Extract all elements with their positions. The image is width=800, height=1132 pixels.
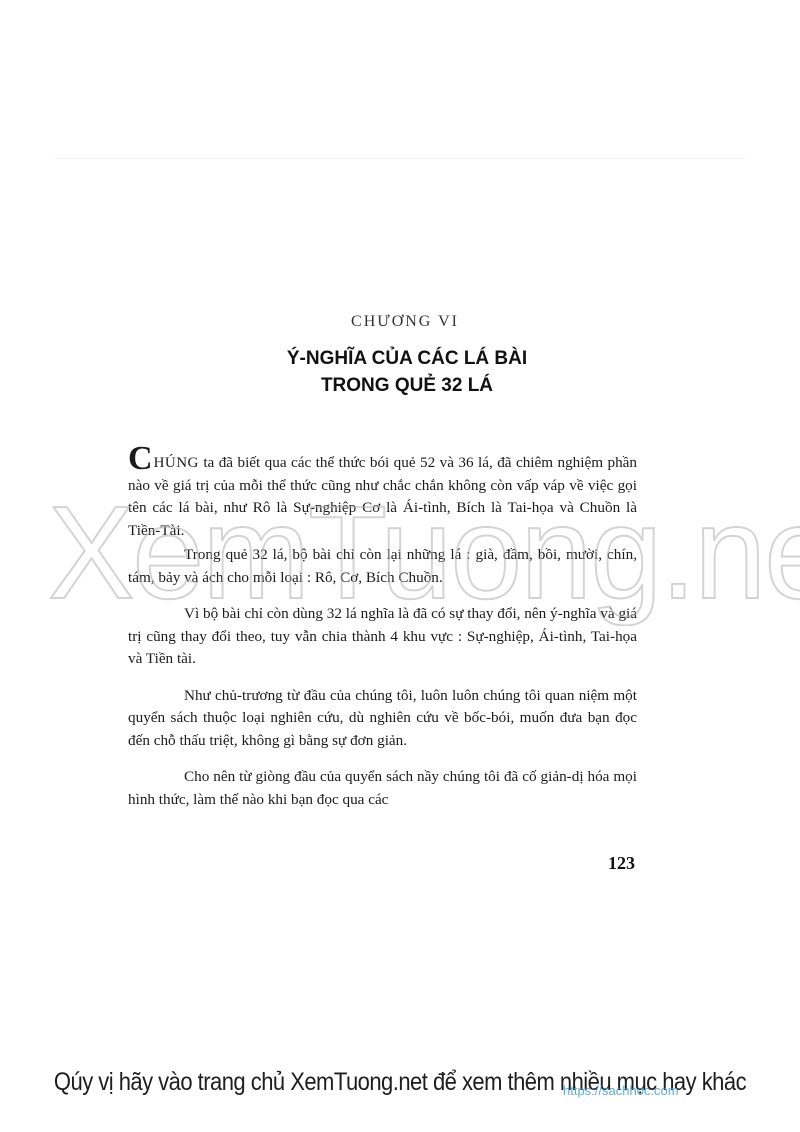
paragraph-4: Như chủ-trương từ đầu của chúng tôi, luô… [128,685,637,753]
chapter-title-line-2: TRONG QUẺ 32 LÁ [14,372,800,399]
chapter-title: Ý-NGHĨA CỦA CÁC LÁ BÀI TRONG QUẺ 32 LÁ [0,345,800,399]
paragraph-3: Vì bộ bài chỉ còn dùng 32 lá nghĩa là đã… [128,603,637,671]
paragraph-2: Trong quẻ 32 lá, bộ bài chỉ còn lại nhữn… [128,544,637,589]
lead-word: HÚNG [154,455,199,471]
drop-cap: C [128,440,153,477]
chapter-label: CHƯƠNG VI [0,313,800,331]
paragraph-5: Cho nên từ giòng đầu của quyển sách nầy … [128,766,637,811]
paragraph-1: CHÚNG ta đã biết qua các thể thức bói qu… [128,448,637,542]
body-text: CHÚNG ta đã biết qua các thể thức bói qu… [128,448,637,825]
overlay-url-link[interactable]: https://sachhoc.com [563,1083,679,1098]
page-number: 123 [590,853,635,874]
chapter-title-line-1: Ý-NGHĨA CỦA CÁC LÁ BÀI [14,345,800,372]
paragraph-1-text: ta đã biết qua các thể thức bói quẻ 52 v… [128,454,637,539]
footer-site-link[interactable]: XemTuong.net [290,1068,427,1096]
footer-text-before: Qúy vị hãy vào trang chủ [54,1068,290,1096]
scan-artifact-line [55,158,745,159]
